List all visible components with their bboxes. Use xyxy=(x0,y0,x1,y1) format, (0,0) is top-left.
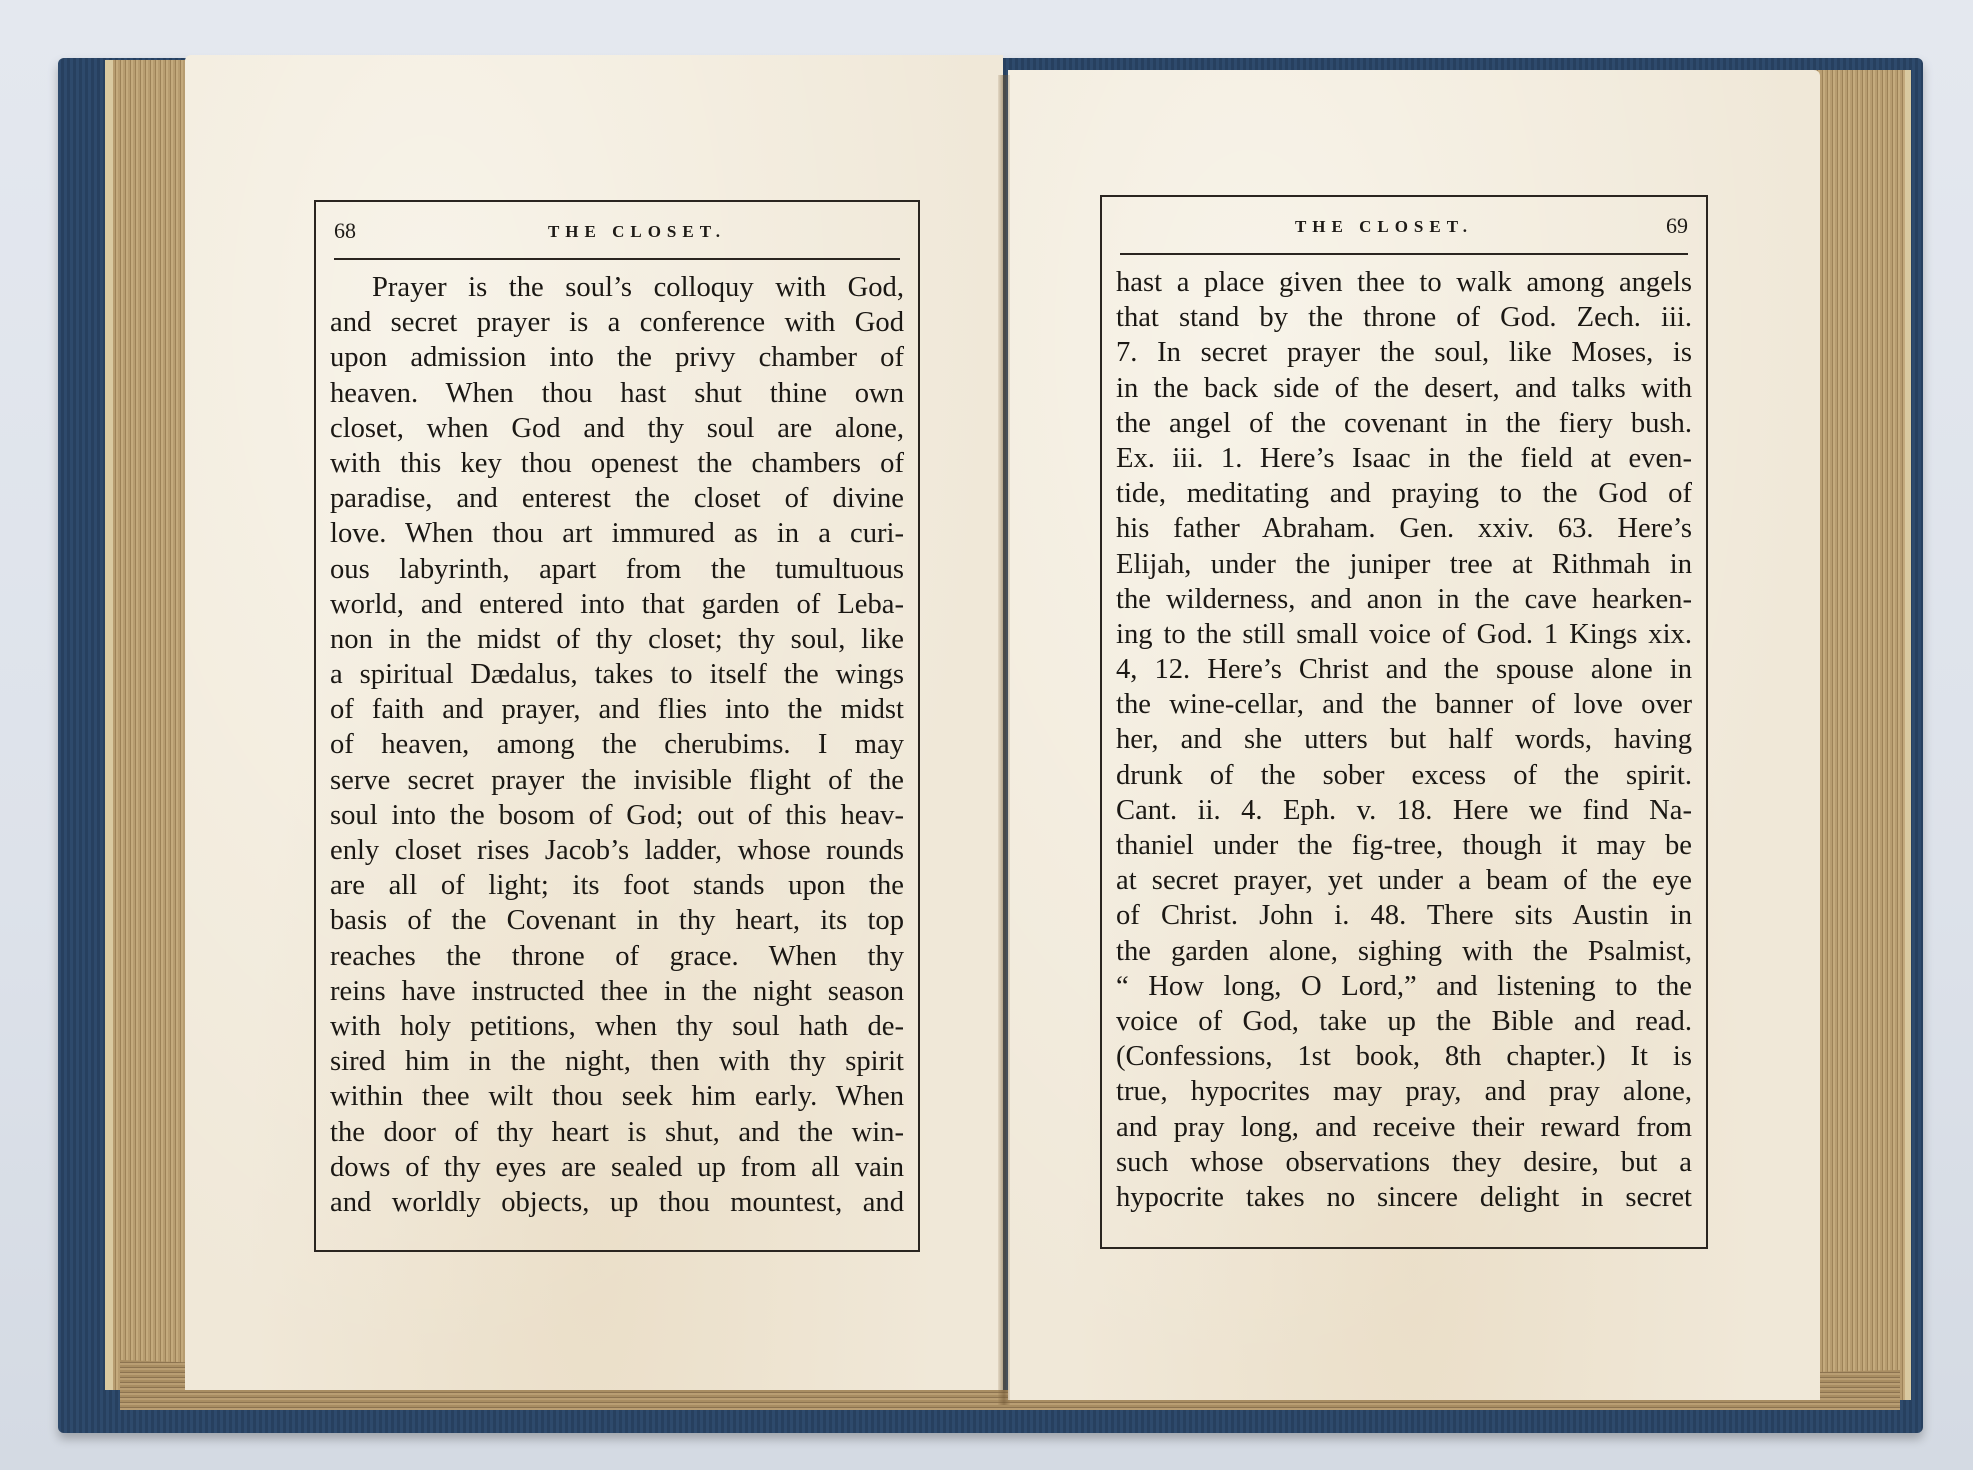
text-line: of faith and prayer, and flies into the … xyxy=(330,692,904,727)
book-gutter xyxy=(998,75,1010,1405)
text-line: the angel of the covenant in the fiery b… xyxy=(1116,406,1692,441)
text-line: paradise, and enterest the closet of div… xyxy=(330,481,904,516)
text-line: (Confessions, 1st book, 8th chapter.) It… xyxy=(1116,1039,1692,1074)
text-line: soul into the bosom of God; out of this … xyxy=(330,798,904,833)
text-line: dows of thy eyes are sealed up from all … xyxy=(330,1150,904,1185)
text-line: drunk of the sober excess of the spirit. xyxy=(1116,758,1692,793)
running-head: THE CLOSET. 69 xyxy=(1120,211,1688,241)
text-line: Cant. ii. 4. Eph. v. 18. Here we find Na… xyxy=(1116,793,1692,828)
text-line: serve secret prayer the invisible flight… xyxy=(330,763,904,798)
text-line: basis of the Covenant in thy heart, its … xyxy=(330,903,904,938)
text-line: non in the midst of thy closet; thy soul… xyxy=(330,622,904,657)
text-line: of Christ. John i. 48. There sits Austin… xyxy=(1116,898,1692,933)
text-line: Prayer is the soul’s colloquy with God, xyxy=(330,270,904,305)
text-line: “ How long, O Lord,” and listening to th… xyxy=(1116,969,1692,1004)
text-line: and worldly objects, up thou mountest, a… xyxy=(330,1185,904,1220)
text-line: are all of light; its foot stands upon t… xyxy=(330,868,904,903)
text-line: Ex. iii. 1. Here’s Isaac in the field at… xyxy=(1116,441,1692,476)
text-line: love. When thou art immured as in a curi… xyxy=(330,516,904,551)
text-line: and secret prayer is a conference with G… xyxy=(330,305,904,340)
text-line: the wilderness, and anon in the cave hea… xyxy=(1116,582,1692,617)
text-line: such whose observations they desire, but… xyxy=(1116,1145,1692,1180)
text-line: hypocrite takes no sincere delight in se… xyxy=(1116,1180,1692,1215)
text-line: heaven. When thou hast shut thine own xyxy=(330,376,904,411)
page-edges-right xyxy=(1815,70,1911,1400)
text-line: in the back side of the desert, and talk… xyxy=(1116,371,1692,406)
running-head: 68 THE CLOSET. xyxy=(334,216,900,246)
text-line: within thee wilt thou seek him early. Wh… xyxy=(330,1079,904,1114)
text-line: the wine-cellar, and the banner of love … xyxy=(1116,687,1692,722)
page-number: 69 xyxy=(1666,213,1688,239)
text-line: the door of thy heart is shut, and the w… xyxy=(330,1115,904,1150)
text-line: the garden alone, sighing with the Psalm… xyxy=(1116,934,1692,969)
text-line: true, hypocrites may pray, and pray alon… xyxy=(1116,1074,1692,1109)
right-text-frame: THE CLOSET. 69 hast a place given thee t… xyxy=(1100,195,1708,1249)
text-line: ing to the still small voice of God. 1 K… xyxy=(1116,617,1692,652)
header-rule xyxy=(1120,253,1688,255)
text-line: enly closet rises Jacob’s ladder, whose … xyxy=(330,833,904,868)
text-line: his father Abraham. Gen. xxiv. 63. Here’… xyxy=(1116,511,1692,546)
text-line: with holy petitions, when thy soul hath … xyxy=(330,1009,904,1044)
text-line: her, and she utters but half words, havi… xyxy=(1116,722,1692,757)
text-line: world, and entered into that garden of L… xyxy=(330,587,904,622)
header-rule xyxy=(334,258,900,260)
running-head-title: THE CLOSET. xyxy=(374,222,900,242)
text-line: that stand by the throne of God. Zech. i… xyxy=(1116,300,1692,335)
left-text-frame: 68 THE CLOSET. Prayer is the soul’s coll… xyxy=(314,200,920,1252)
running-head-title: THE CLOSET. xyxy=(1120,217,1648,237)
text-line: 7. In secret prayer the soul, like Moses… xyxy=(1116,335,1692,370)
text-line: reaches the throne of grace. When thy xyxy=(330,939,904,974)
text-line: hast a place given thee to walk among an… xyxy=(1116,265,1692,300)
text-line: upon admission into the privy chamber of xyxy=(330,340,904,375)
page-number: 68 xyxy=(334,218,356,244)
body-text: hast a place given thee to walk among an… xyxy=(1116,265,1692,1215)
text-line: sired him in the night, then with thy sp… xyxy=(330,1044,904,1079)
text-line: ous labyrinth, apart from the tumultuous xyxy=(330,552,904,587)
text-line: reins have instructed thee in the night … xyxy=(330,974,904,1009)
text-line: with this key thou openest the chambers … xyxy=(330,446,904,481)
body-text: Prayer is the soul’s colloquy with God,a… xyxy=(330,270,904,1220)
text-line: at secret prayer, yet under a beam of th… xyxy=(1116,863,1692,898)
text-line: and pray long, and receive their reward … xyxy=(1116,1110,1692,1145)
text-line: 4, 12. Here’s Christ and the spouse alon… xyxy=(1116,652,1692,687)
text-line: thaniel under the fig-tree, though it ma… xyxy=(1116,828,1692,863)
text-line: closet, when God and thy soul are alone, xyxy=(330,411,904,446)
text-line: voice of God, take up the Bible and read… xyxy=(1116,1004,1692,1039)
text-line: tide, meditating and praying to the God … xyxy=(1116,476,1692,511)
text-line: of heaven, among the cherubims. I may xyxy=(330,727,904,762)
text-line: a spiritual Dædalus, takes to itself the… xyxy=(330,657,904,692)
text-line: Elijah, under the juniper tree at Rithma… xyxy=(1116,547,1692,582)
